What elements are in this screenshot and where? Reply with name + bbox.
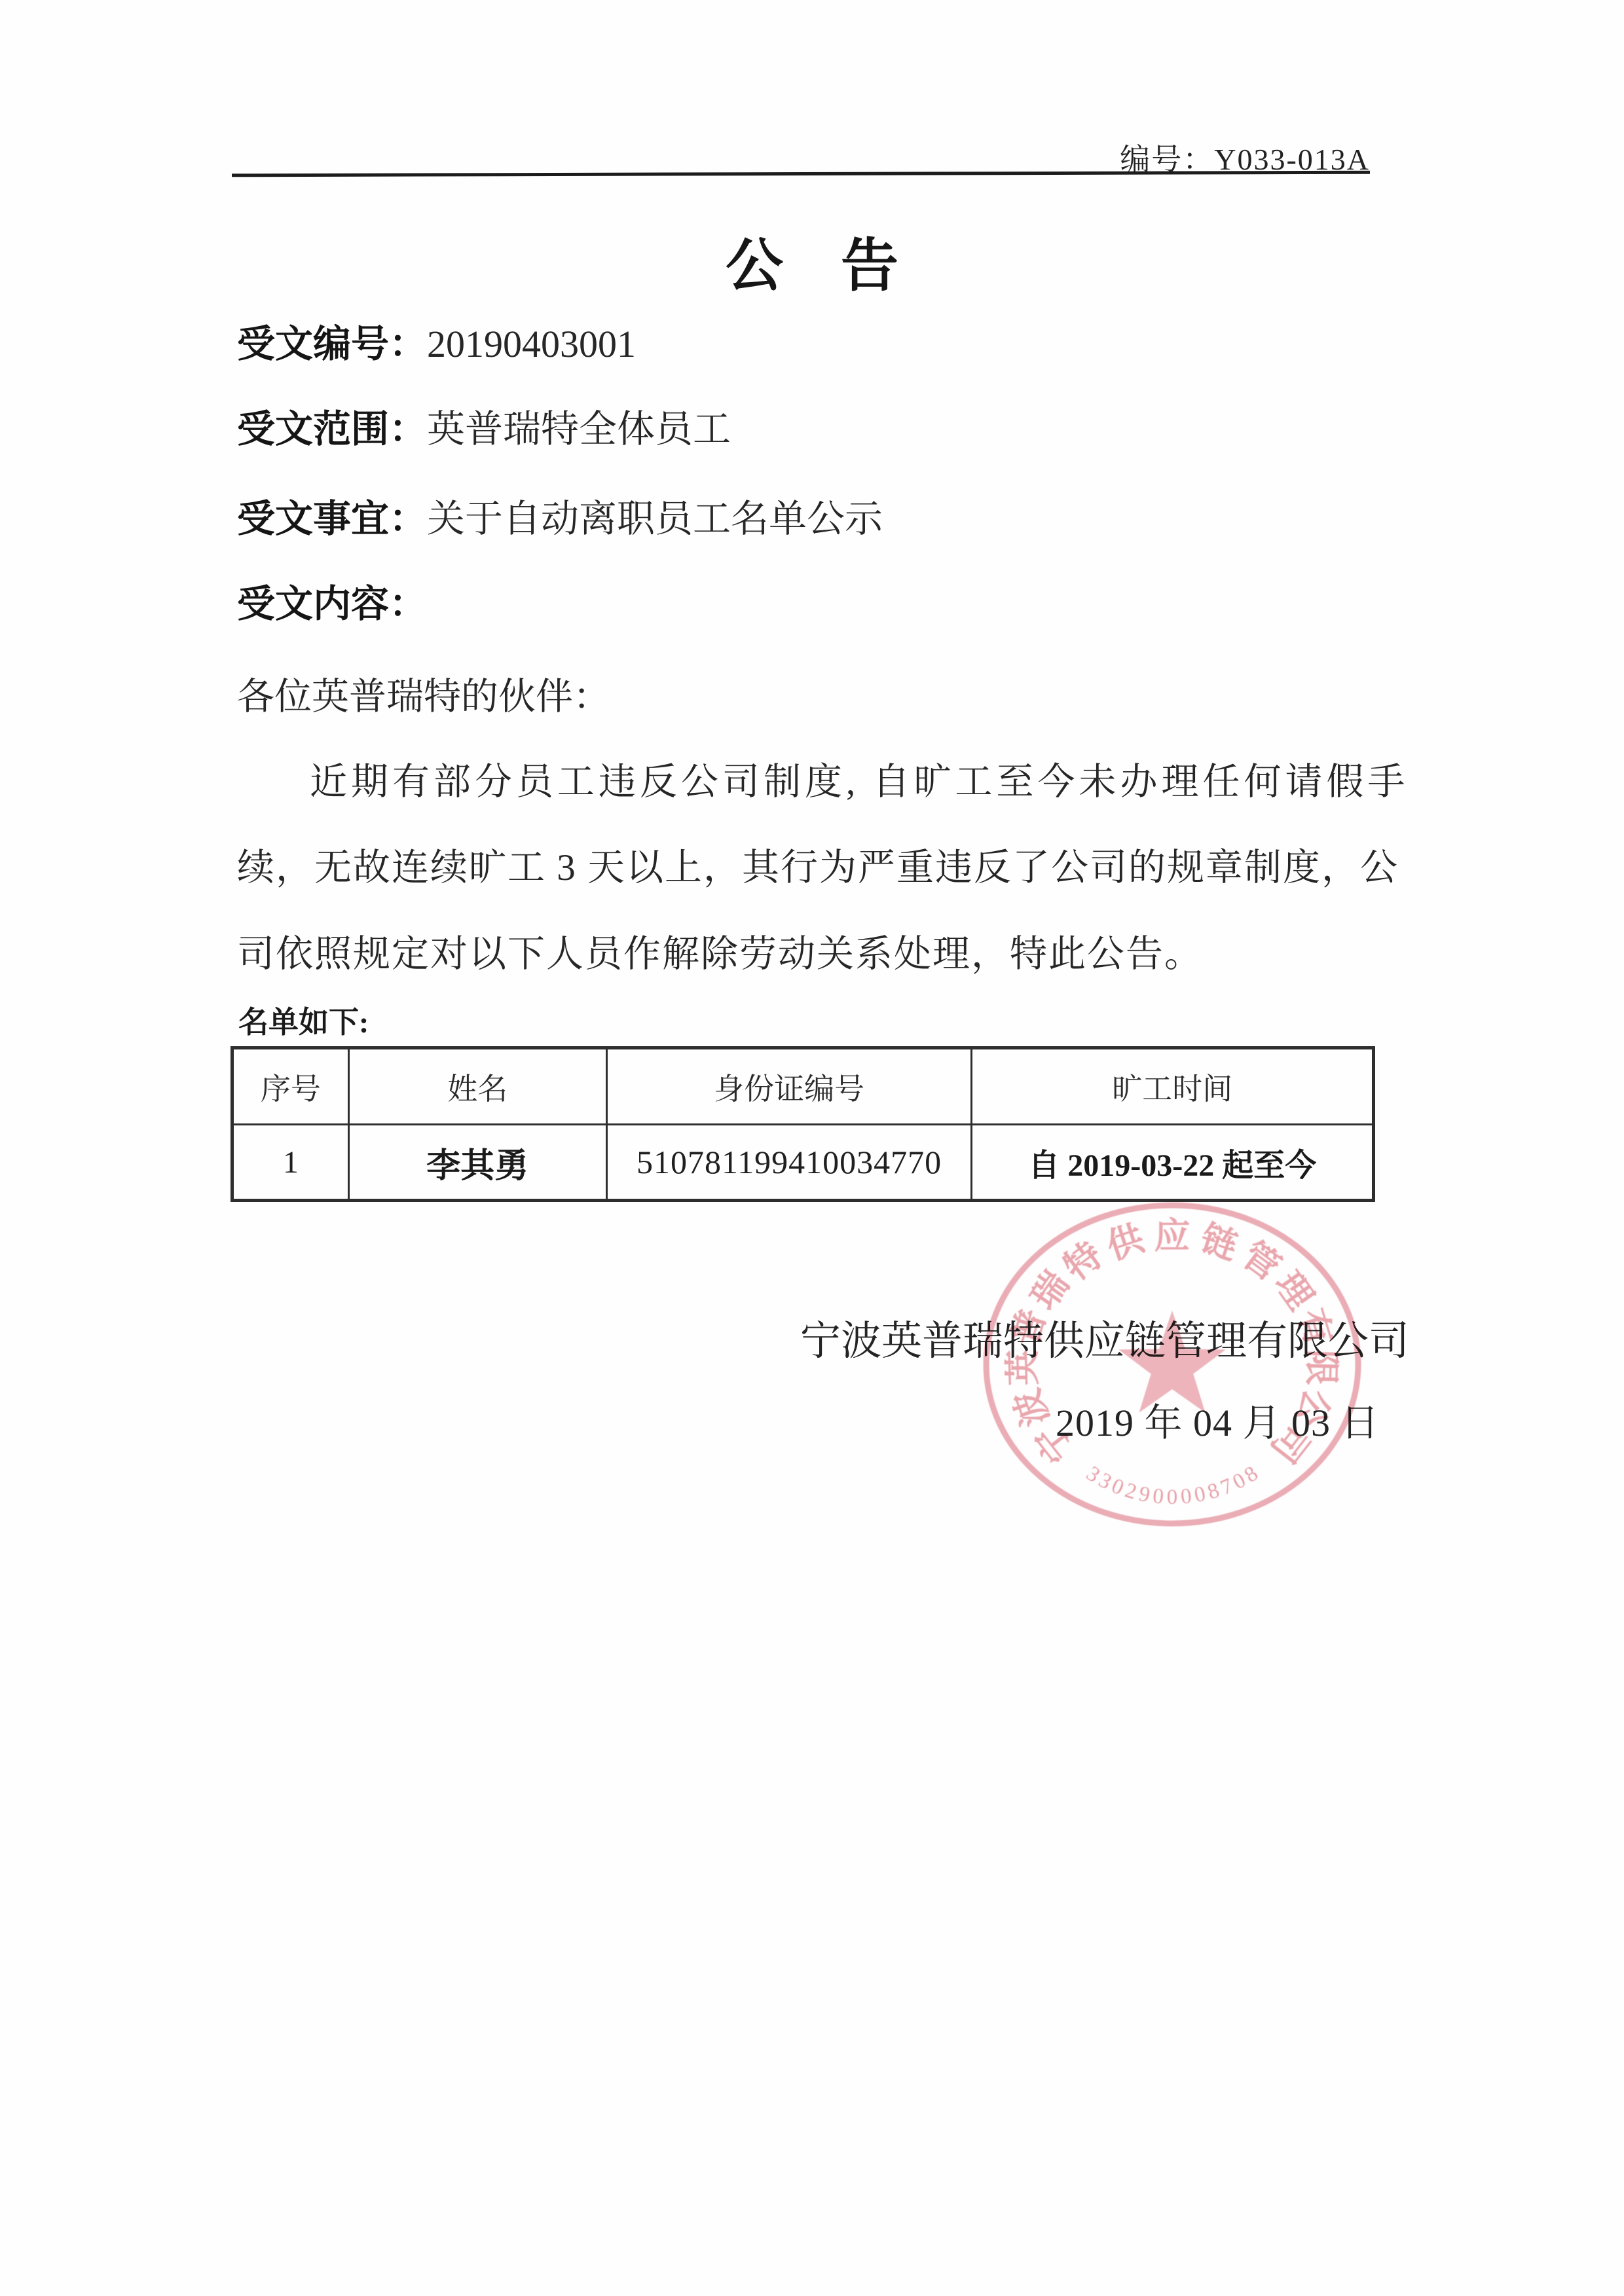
meta-line-scope: 受文范围：英普瑞特全体员工 [237,409,731,450]
seal-number: 3302900008708 [1082,1462,1262,1509]
svg-text:0: 0 [1167,1485,1178,1509]
meta-label: 受文内容： [237,583,427,625]
body-line-1: 近期有部分员工违反公司制度, 自旷工至今未办理任何请假手 [310,752,1409,805]
meta-line-subject: 受文事宜：关于自动离职员工名单公示 [237,498,883,540]
svg-text:0: 0 [1179,1484,1192,1508]
dismissed-employee-table: 序号 姓名 身份证编号 旷工时间 1 李其勇 51078119941003477… [231,1046,1375,1202]
meta-label: 受文编号： [237,323,427,365]
svg-text:链: 链 [1196,1218,1242,1267]
svg-text:0: 0 [1152,1484,1165,1508]
meta-line-content: 受文内容： [237,583,427,625]
signature-date: 2019 年 04 月 03 日 [1056,1392,1380,1447]
svg-text:8: 8 [1205,1479,1222,1504]
svg-text:7: 7 [1217,1474,1236,1501]
meta-value: 英普瑞特全体员工 [427,408,731,450]
col-header-index: 序号 [232,1048,349,1125]
body-line-3: 司依照规定对以下人员作解除劳动关系处理，特此公告。 [237,924,1203,977]
body-line-2: 续，无故连续旷工 3 天以上，其行为严重违反了公司的规章制度，公 [237,837,1399,891]
cell-id-number: 510781199410034770 [606,1125,972,1201]
company-seal-stamp: 宁波英普瑞特供应链管理有限公司 3302900008708 [969,1192,1375,1545]
cell-employee-name: 李其勇 [348,1125,606,1201]
col-header-period: 旷工时间 [972,1048,1374,1125]
meta-label: 受文事宜： [237,498,427,540]
table-header-row: 序号 姓名 身份证编号 旷工时间 [232,1048,1374,1125]
announcement-document: 编号：Y033-013A 公 告 受文编号：20190403001 受文范围：英… [0,0,1624,2296]
meta-label: 受文范围： [237,408,427,450]
svg-text:管: 管 [1235,1235,1288,1288]
col-header-name: 姓名 [348,1048,606,1125]
svg-text:供: 供 [1102,1218,1149,1267]
list-label: 名单如下: [238,998,369,1042]
salutation: 各位英普瑞特的伙伴： [237,666,610,720]
svg-text:0: 0 [1108,1474,1127,1501]
svg-text:特: 特 [1057,1235,1110,1288]
svg-text:0: 0 [1192,1482,1208,1508]
signature-company-name: 宁波英普瑞特供应链管理有限公司 [800,1308,1409,1366]
table-row: 1 李其勇 510781199410034770 自 2019-03-22 起至… [232,1125,1374,1201]
col-header-id: 身份证编号 [606,1048,972,1125]
page-title: 公 告 [0,220,1624,302]
cell-absence-period: 自 2019-03-22 起至今 [972,1125,1374,1201]
svg-text:8: 8 [1240,1462,1263,1487]
svg-text:2: 2 [1122,1479,1139,1504]
meta-value: 关于自动离职员工名单公示 [427,498,883,540]
svg-text:0: 0 [1229,1468,1250,1495]
svg-text:3: 3 [1082,1462,1104,1487]
svg-text:9: 9 [1137,1482,1152,1508]
meta-value: 20190403001 [427,323,636,365]
svg-text:波: 波 [1006,1384,1056,1431]
svg-text:应: 应 [1154,1216,1190,1256]
cell-index: 1 [232,1125,349,1201]
meta-line-doc-no: 受文编号：20190403001 [237,323,636,365]
svg-text:3: 3 [1095,1468,1116,1495]
